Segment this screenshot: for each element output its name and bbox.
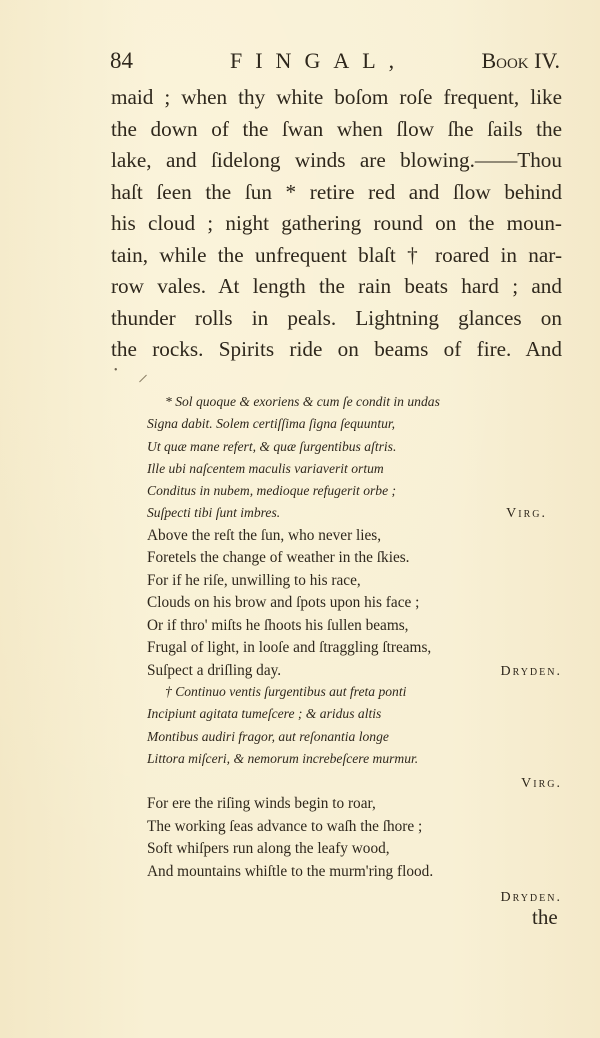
paper-speck: • xyxy=(114,365,118,376)
english-line: Suſpect a driſling day. xyxy=(147,660,547,683)
english-translation: For ere the riſing winds begin to roar, … xyxy=(147,793,547,883)
text-line: his cloud ; night gathering round on the… xyxy=(111,208,562,240)
latin-line: Signa dabit. Solem certiſſima ſigna ſequ… xyxy=(147,413,547,435)
text-line: the down of the ſwan when ſlow ſhe ſails… xyxy=(111,114,562,146)
text-line: the rocks. Spirits ride on beams of fire… xyxy=(111,334,562,366)
english-line: The working ſeas advance to waſh the ſho… xyxy=(147,816,547,839)
main-text: maid ; when thy white boſom roſe frequen… xyxy=(111,82,562,366)
text-line: thunder rolls in peals. Lightning glance… xyxy=(111,303,562,335)
latin-line: Ut quæ mane refert, & quæ ſurgentibus aſ… xyxy=(147,436,547,458)
page-number: 84 xyxy=(110,48,133,74)
latin-line: Ille ubi naſcentem maculis variaverit or… xyxy=(147,458,547,480)
ink-mark xyxy=(139,375,147,383)
latin-quote: † Continuo ventis ſurgentibus aut freta … xyxy=(147,681,547,793)
english-attribution: Dryden. xyxy=(500,661,562,684)
latin-line: Conditus in nubem, medioque refugerit or… xyxy=(147,480,547,502)
book-page: 84 FINGAL, Book IV. maid ; when thy whit… xyxy=(0,0,600,1038)
latin-line: Littora miſceri, & nemorum increbeſcere … xyxy=(147,748,547,770)
book-section: Book IV. xyxy=(481,48,560,74)
english-line: Soft whiſpers run along the leafy wood, xyxy=(147,838,547,861)
english-line: Or if thro' miſts he ſhoots his ſullen b… xyxy=(147,615,547,638)
book-title: FINGAL, xyxy=(230,48,407,74)
latin-line: † Continuo ventis ſurgentibus aut freta … xyxy=(147,681,547,703)
text-line: maid ; when thy white boſom roſe frequen… xyxy=(111,82,562,114)
latin-quote: * Sol quoque & exoriens & cum ſe condit … xyxy=(147,391,547,525)
english-line: Frugal of light, in looſe and ſtraggling… xyxy=(147,637,547,660)
english-line: Above the reſt the ſun, who never lies, xyxy=(147,525,547,548)
footnote-dagger: † Continuo ventis ſurgentibus aut freta … xyxy=(147,681,547,883)
latin-attribution: Virg. xyxy=(521,773,562,795)
catchword: the xyxy=(532,905,558,930)
text-line: lake, and ſidelong winds are blowing.——T… xyxy=(111,145,562,177)
text-line: tain, while the unfrequent blaſt † roare… xyxy=(111,240,562,272)
footnote-asterisk: * Sol quoque & exoriens & cum ſe condit … xyxy=(147,391,547,682)
latin-line: Suſpecti tibi ſunt imbres. xyxy=(147,502,547,524)
english-line: And mountains whiſtle to the murm'ring f… xyxy=(147,861,547,884)
text-line: row vales. At length the rain beats hard… xyxy=(111,271,562,303)
english-line: Clouds on his brow and ſpots upon his fa… xyxy=(147,592,547,615)
latin-line: Montibus audiri fragor, aut reſonantia l… xyxy=(147,726,547,748)
english-line: For ere the riſing winds begin to roar, xyxy=(147,793,547,816)
latin-attribution: Virg. xyxy=(506,503,547,525)
english-line: Foretels the change of weather in the ſk… xyxy=(147,547,547,570)
english-translation: Above the reſt the ſun, who never lies, … xyxy=(147,525,547,683)
latin-line: Incipiunt agitata tumeſcere ; & aridus a… xyxy=(147,703,547,725)
running-head: 84 FINGAL, Book IV. xyxy=(110,48,560,82)
text-line: haſt ſeen the ſun * retire red and ſlow … xyxy=(111,177,562,209)
latin-line: * Sol quoque & exoriens & cum ſe condit … xyxy=(147,391,547,413)
english-line: For if he riſe, unwilling to his race, xyxy=(147,570,547,593)
